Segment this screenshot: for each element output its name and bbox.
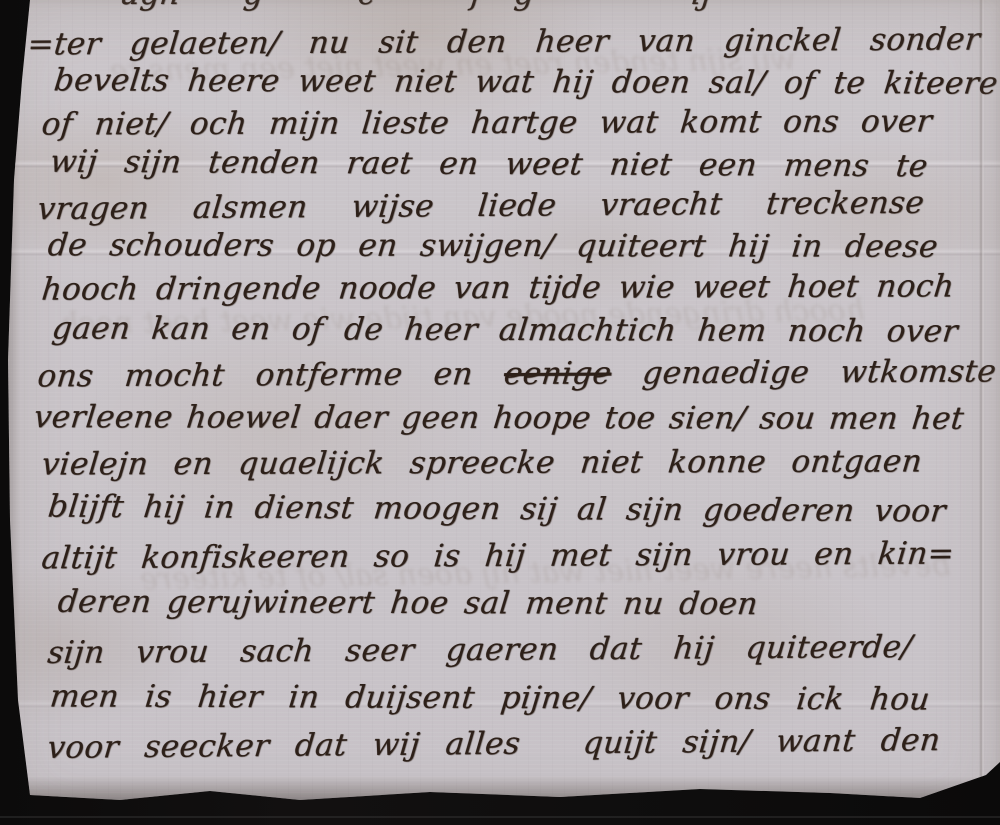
handwritten-line: ons mocht ontferme en eenige genaedige w… [36, 351, 999, 396]
handwritten-line: voor seecker dat wij alles quijt sijn/ w… [46, 720, 943, 768]
handwritten-line-fragment: ugh g e ſ g ij [118, 0, 942, 14]
handwritten-line: altijt konfiskeeren so is hij met sijn v… [40, 534, 956, 579]
handwritten-line: de schouders op en swijgen/ quiteert hij… [46, 225, 940, 267]
handwritten-line: vielejn en quaelijck spreecke niet konne… [40, 441, 924, 484]
vertical-fold-crease [979, 0, 985, 825]
letter-scan: wij sijn tenden raet en weet niet een me… [0, 0, 1000, 825]
handwritten-line: vragen alsmen wijse liede vraecht trecke… [36, 183, 927, 229]
handwritten-line: sijn vrou sach seer gaeren dat hij quite… [46, 627, 915, 673]
line-text: ons mocht ontferme en [36, 356, 506, 394]
handwritten-line: verleene hoewel daer geen hoope toe sien… [32, 397, 966, 439]
handwritten-line: men is hier in duijsent pijne/ voor ons … [48, 676, 932, 719]
paper-edge-shadow [0, 776, 1000, 804]
paper-page: wij sijn tenden raet en weet niet een me… [0, 0, 1000, 825]
paper-edge-shadow [0, 0, 20, 825]
handwritten-line: hooch dringende noode van tijde wie weet… [40, 266, 956, 309]
handwritten-line: =ter gelaeten/ nu sit den heer van ginck… [26, 20, 983, 65]
handwritten-line: bevelts heere weet niet wat hij doen sal… [52, 60, 1000, 103]
handwritten-line: blijft hij in dienst moogen sij al sijn … [46, 487, 948, 532]
handwritten-line: wij sijn tenden raet en weet niet een me… [48, 142, 930, 187]
struck-word: eenige [502, 356, 613, 393]
line-text: genaedige wtkomste [610, 353, 998, 391]
handwritten-line: gaen kan en of de heer almachtich hem no… [50, 308, 960, 351]
handwritten-line: of niet/ och mijn lieste hartge wat komt… [40, 101, 934, 144]
handwritten-line: deren gerujwineert hoe sal ment nu doen [56, 582, 760, 624]
